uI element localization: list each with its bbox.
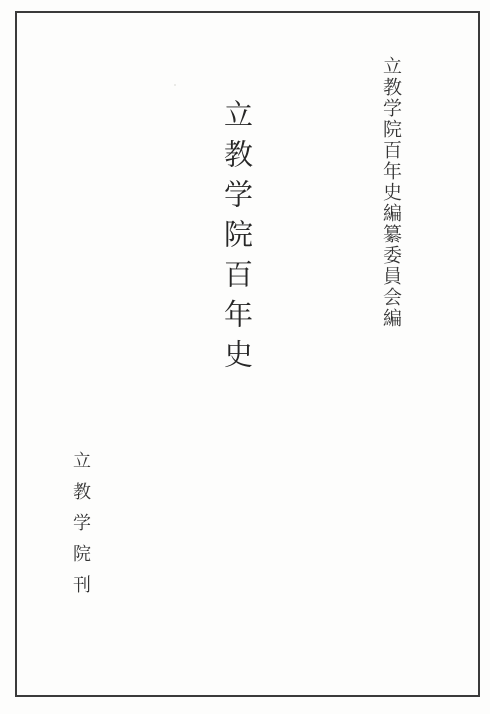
publisher-imprint: 立教学院刊: [72, 451, 90, 606]
editor-attribution: 立教学院百年史編纂委員会編: [381, 56, 400, 329]
book-title-page: 立教学院百年史編纂委員会編 立教学院百年史 立教学院刊: [0, 0, 490, 714]
book-title: 立教学院百年史: [221, 99, 250, 379]
scan-speck: [174, 84, 176, 86]
